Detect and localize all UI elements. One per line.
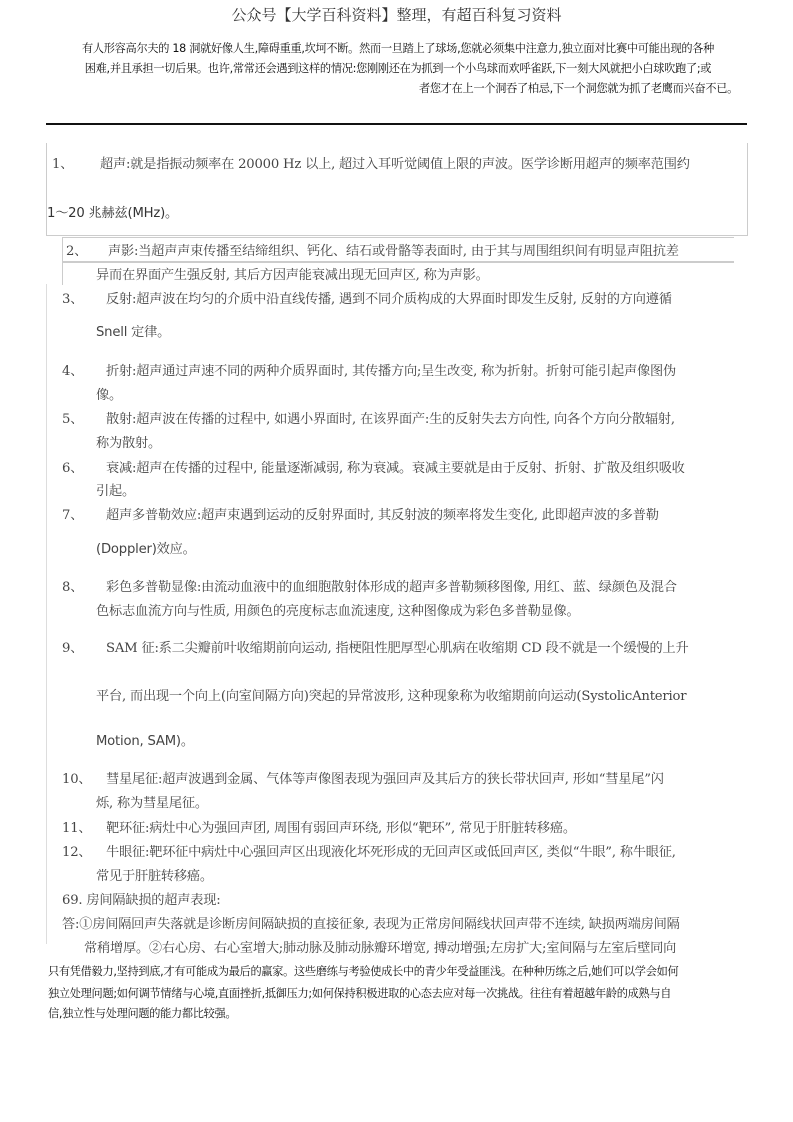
item-2-cont: 异而在界面产生强反射, 其后方因声能衰减出现无回声区, 称为声影。 [96,264,489,283]
item-text: 牛眼征:靶环征中病灶中心强回声区出现液化坏死形成的无回声区或低回声区, 类似“牛… [106,845,676,860]
item-text: 靶环征:病灶中心为强回声团, 周围有弱回声环绕, 形似“靶环”, 常见于肝脏转移… [106,821,576,836]
item-10-cont: 烁, 称为彗星尾征。 [96,792,208,811]
item-9-cont-1: 平台, 而出现一个向上(向室间隔方向)突起的异常波形, 这种现象称为收缩期前向运… [96,685,686,704]
item-6-cont: 引起。 [96,480,135,499]
item-number: 3、 [62,288,106,307]
item-text: 衰减:超声在传播的过程中, 能量逐渐减弱, 称为衰减。衰减主要就是由于反射、折射… [106,461,685,476]
item-text: SAM 征:系二尖瓣前叶收缩期前向运动, 指梗阻性肥厚型心肌病在收缩期 CD 段… [106,641,688,656]
item-number: 10、 [62,768,106,787]
item-1: 1、超声:就是指振动频率在 20000 Hz 以上, 超过入耳听觉阈值上限的声波… [52,153,690,172]
item-5-cont: 称为散射。 [96,432,161,451]
answer-line-2: 常稍增厚。②右心房、右心室增大;肺动脉及肺动脉瓣环增宽, 搏动增强;左房扩大;室… [84,937,676,956]
intro-line-2: 困难,并且承担一切后果。也许,常常还会遇到这样的情况:您刚刚还在为抓到一个小鸟球… [48,60,748,76]
item-text: 彩色多普勒显像:由流动血液中的血细胞散射体形成的超声多普勒频移图像, 用红、蓝、… [106,580,677,595]
item-number: 12、 [62,841,106,860]
item-number: 6、 [62,457,106,476]
item-number: 11、 [62,817,106,836]
item-8: 8、彩色多普勒显像:由流动血液中的血细胞散射体形成的超声多普勒频移图像, 用红、… [62,576,677,595]
page-header: 公众号【大学百科资料】整理，有超百科复习资料 [0,4,793,25]
item-6: 6、衰减:超声在传播的过程中, 能量逐渐减弱, 称为衰减。衰减主要就是由于反射、… [62,457,685,476]
outro-line-3: 信,独立性与处理问题的能力都比较强。 [48,1005,748,1021]
item-text: 彗星尾征:超声波遇到金属、气体等声像图表现为强回声及其后方的狭长带状回声, 形如… [106,772,664,787]
item-12-cont: 常见于肝脏转移癌。 [96,865,213,884]
item-3-cont: Snell 定律。 [96,321,170,340]
intro-line-1: 有人形容高尔夫的 18 洞就好像人生,障碍重重,坎坷不断。然而一旦踏上了球场,您… [48,40,748,56]
item-8-cont: 色标志血流方向与性质, 用颜色的亮度标志血流速度, 这种图像成为彩色多普勒显像。 [96,600,580,619]
item-5: 5、散射:超声波在传播的过程中, 如遇小界面时, 在该界面产:生的反射失去方向性… [62,408,675,427]
intro-line-3: 者您才在上一个洞吞了柏忌,下一个洞您就为抓了老鹰而兴奋不已。 [393,80,738,96]
outro-line-1: 只有凭借毅力,坚持到底,才有可能成为最后的赢家。这些磨练与考验使成长中的青少年受… [48,963,748,979]
item-10: 10、彗星尾征:超声波遇到金属、气体等声像图表现为强回声及其后方的狭长带状回声,… [62,768,664,787]
outro-line-2: 独立处理问题;如何调节情绪与心境,直面挫折,抵御压力;如何保持积极进取的心态去应… [48,985,748,1001]
answer-line-1: 答:①房间隔回声失落就是诊断房间隔缺损的直接征象, 表现为正常房间隔线状回声带不… [62,913,680,932]
item-number: 7、 [62,504,106,523]
item-number: 8、 [62,576,106,595]
item-number: 1、 [52,153,100,172]
item-2: 2、声影:当超声声束传播至结缔组织、钙化、结石或骨骼等表面时, 由于其与周围组织… [66,240,679,259]
item-number: 2、 [66,240,108,259]
item-text: 声影:当超声声束传播至结缔组织、钙化、结石或骨骼等表面时, 由于其与周围组织间有… [108,244,679,259]
item-number: 5、 [62,408,106,427]
item-number: 4、 [62,360,106,379]
item-4: 4、折射:超声通过声速不同的两种介质界面时, 其传播方向;呈生改变, 称为折射。… [62,360,676,379]
item-12: 12、牛眼征:靶环征中病灶中心强回声区出现液化坏死形成的无回声区或低回声区, 类… [62,841,676,860]
item-text: 反射:超声波在均匀的介质中沿直线传播, 遇到不同介质构成的大界面时即发生反射, … [106,292,672,307]
item-7: 7、超声多普勒效应:超声束遇到运动的反射界面时, 其反射波的频率将发生变化, 此… [62,504,659,523]
item-number: 9、 [62,637,106,656]
left-margin-line [46,284,47,944]
item-9-cont-2: Motion, SAM)。 [96,730,194,749]
item-3: 3、反射:超声波在均匀的介质中沿直线传播, 遇到不同介质构成的大界面时即发生反射… [62,288,672,307]
item-1-cont: 1～20 兆赫兹(MHz)。 [47,202,178,221]
item-4-cont: 像。 [96,384,122,403]
item-11: 11、靶环征:病灶中心为强回声团, 周围有弱回声环绕, 形似“靶环”, 常见于肝… [62,817,576,836]
item-text: 超声:就是指振动频率在 20000 Hz 以上, 超过入耳听觉阈值上限的声波。医… [100,157,690,172]
item-text: 散射:超声波在传播的过程中, 如遇小界面时, 在该界面产:生的反射失去方向性, … [106,412,675,427]
question-title: 69. 房间隔缺损的超声表现: [62,889,220,908]
item-9: 9、SAM 征:系二尖瓣前叶收缩期前向运动, 指梗阻性肥厚型心肌病在收缩期 CD… [62,637,688,656]
item-text: 超声多普勒效应:超声束遇到运动的反射界面时, 其反射波的频率将发生变化, 此即超… [106,508,659,523]
divider [46,123,747,125]
item-7-cont: (Doppler)效应。 [96,538,196,557]
item-text: 折射:超声通过声速不同的两种介质界面时, 其传播方向;呈生改变, 称为折射。折射… [106,364,676,379]
